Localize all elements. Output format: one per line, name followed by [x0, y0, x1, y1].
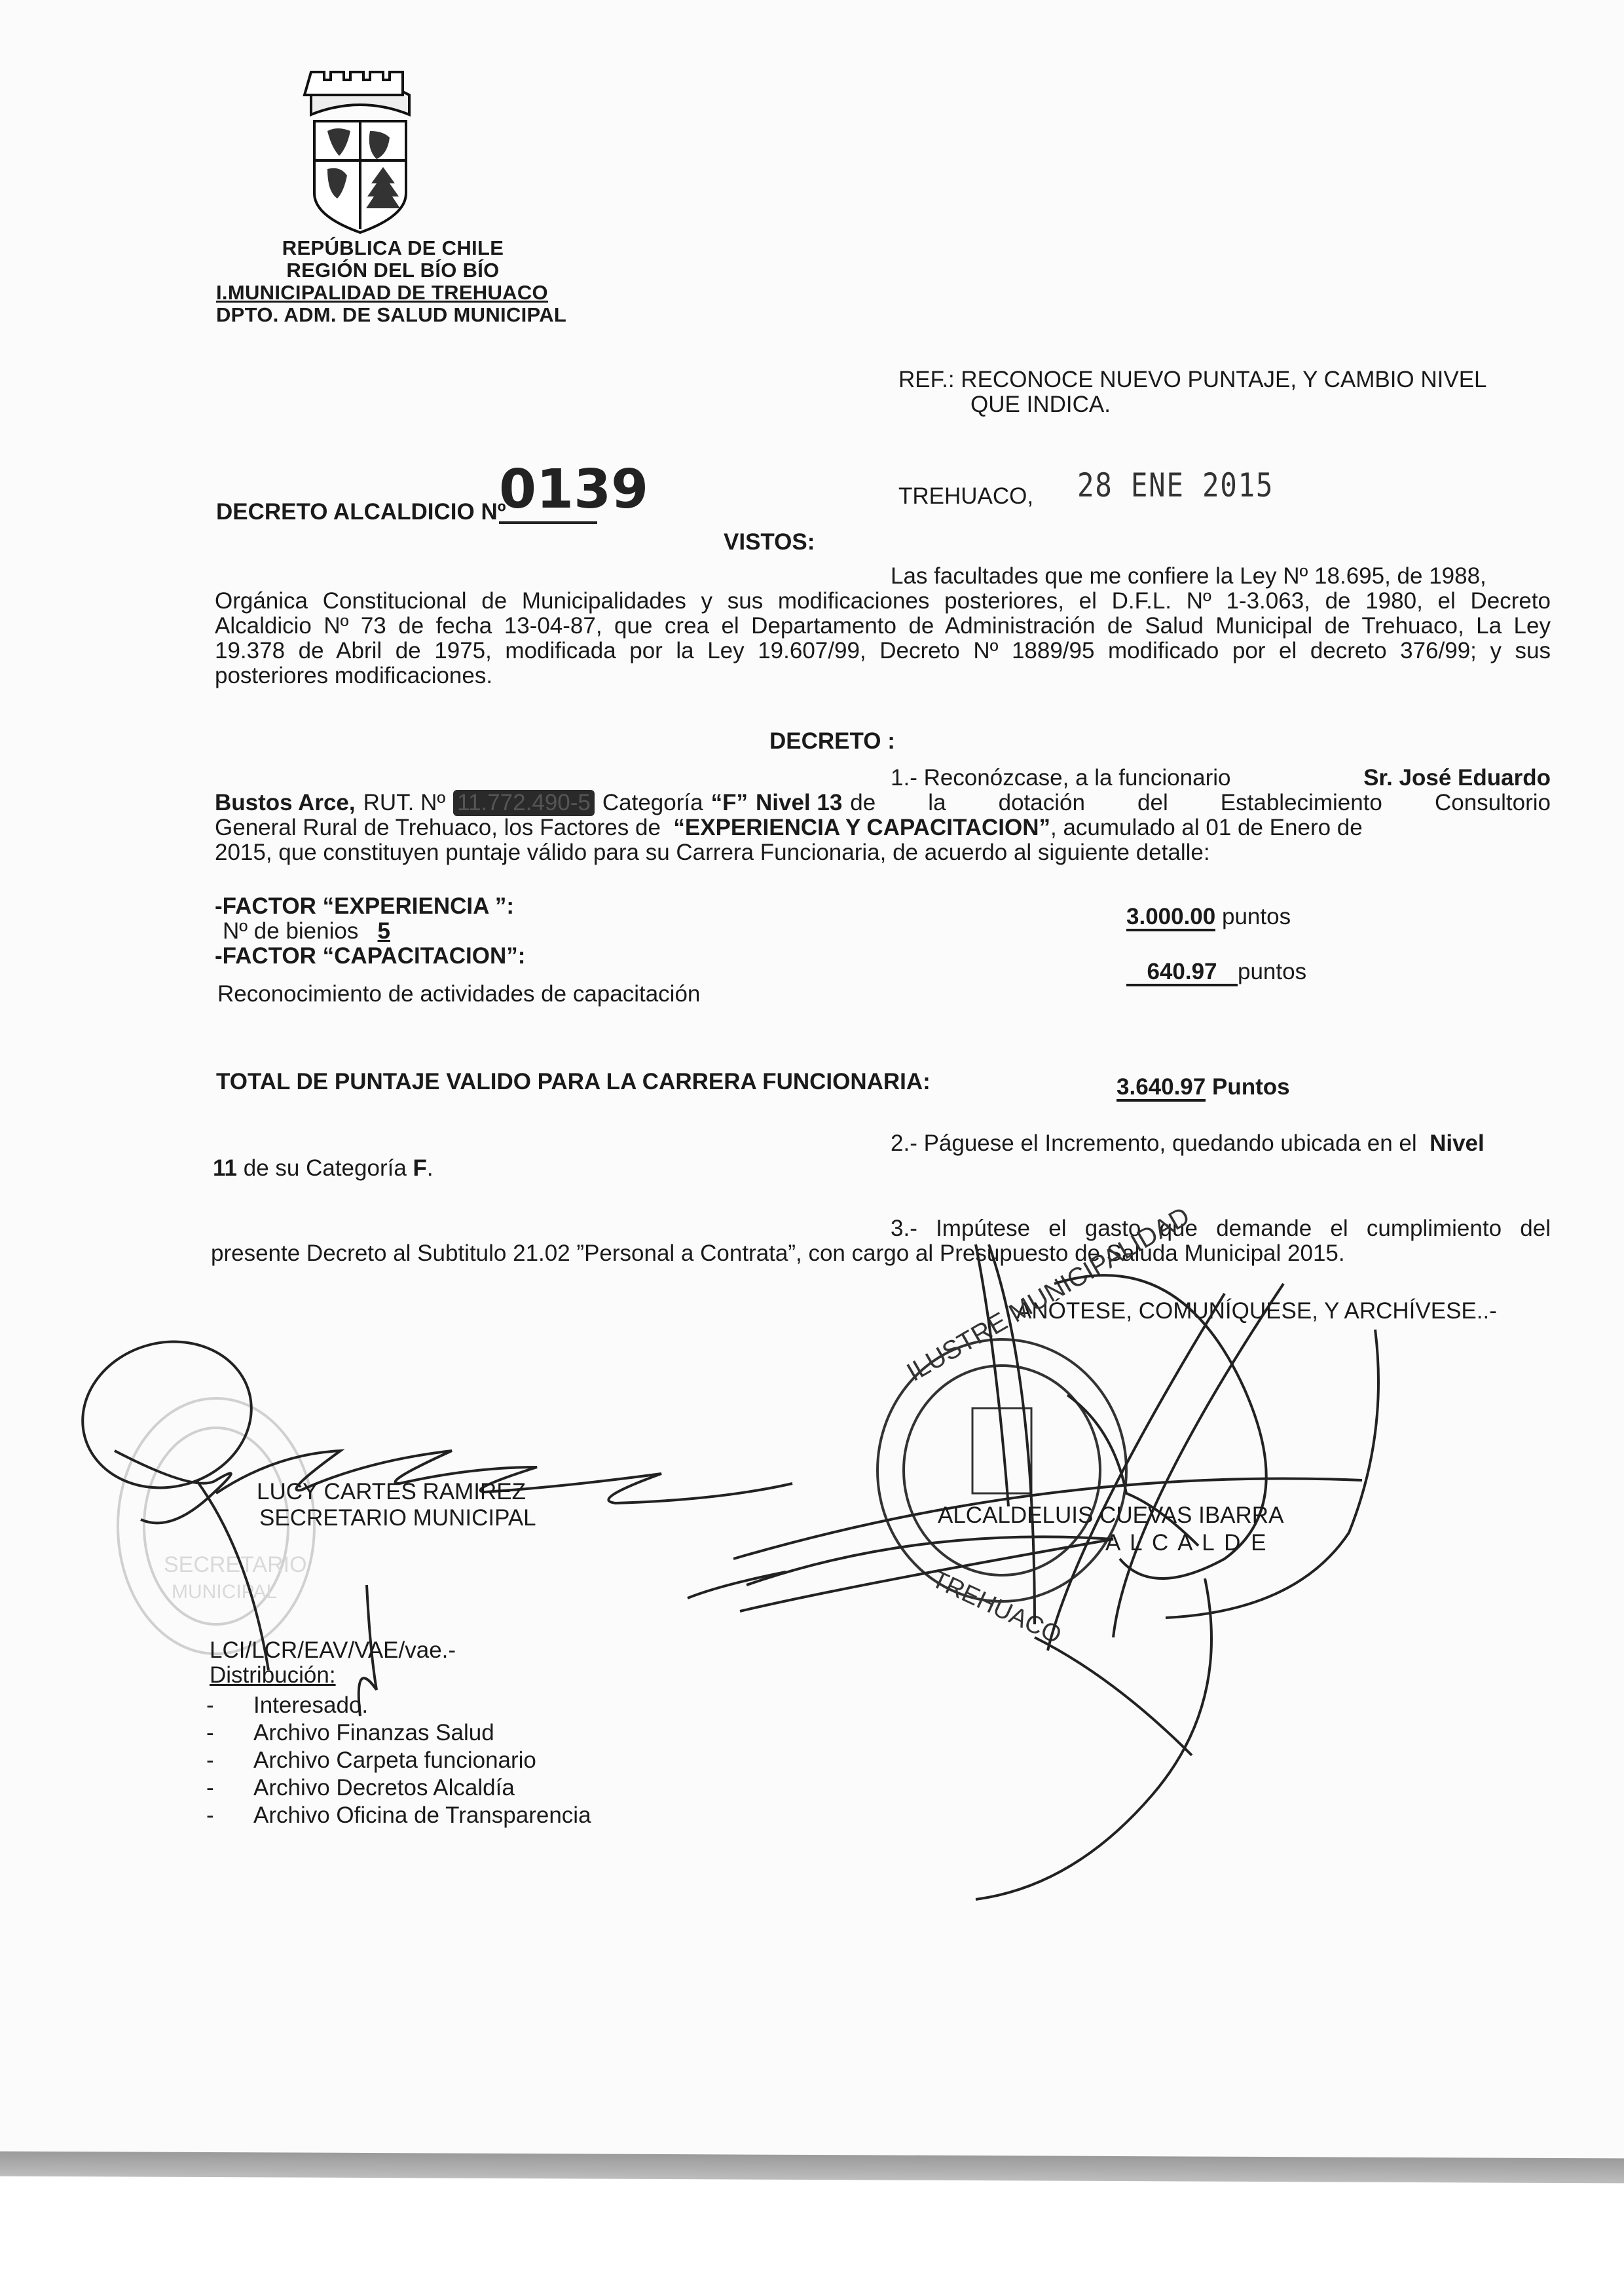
distribution-item-label: Interesado.	[253, 1692, 368, 1720]
decreto-p2-line-1: 2.- Páguese el Incremento, quedando ubic…	[891, 1130, 1485, 1157]
p1-line3-a: General Rural de Trehuaco, los Factores …	[215, 815, 661, 841]
experiencia-points-unit: puntos	[1222, 904, 1291, 929]
p1-name-a: Sr. José Eduardo	[1363, 765, 1551, 791]
p1-line3-bold: “EXPERIENCIA Y CAPACITACION”	[673, 815, 1050, 841]
letterhead-department: DPTO. ADM. DE SALUD MUNICIPAL	[216, 304, 566, 326]
factor-experiencia-sub: Nº de bienios 5	[223, 918, 390, 944]
nivel-value: Nivel 13	[756, 790, 842, 816]
letterhead-municipality: I.MUNICIPALIDAD DE TREHUACO	[216, 282, 548, 304]
decreto-p1-line-3: General Rural de Trehuaco, los Factores …	[215, 815, 1551, 841]
mayor-name: ALCALDELUIS CUEVAS IBARRA	[938, 1502, 1283, 1529]
decreto-p1-line-1: 1.- Reconózcase, a la funcionario Sr. Jo…	[891, 765, 1551, 791]
distribution-item: -Archivo Finanzas Salud	[206, 1720, 591, 1747]
p2-categoria-text: de su Categoría	[244, 1155, 407, 1181]
decree-label: DECRETO ALCALDICIO Nº	[216, 499, 506, 525]
vistos-line-5: posteriores modificaciones.	[215, 663, 492, 689]
p2-period: .	[427, 1155, 434, 1181]
date-stamp: 28 ENE 2015	[1077, 466, 1274, 504]
total-label: TOTAL DE PUNTAJE VALIDO PARA LA CARRERA …	[216, 1069, 931, 1095]
vistos-heading: VISTOS:	[724, 529, 815, 555]
total-points-value: 3.640.97	[1116, 1075, 1206, 1102]
mayor-title: A L C A L D E	[1105, 1530, 1268, 1556]
bullet: -	[206, 1747, 253, 1775]
decreto-heading: DECRETO :	[769, 728, 895, 755]
decreto-p1-line-4: 2015, que constituyen puntaje válido par…	[215, 840, 1210, 866]
categoria-value: “F”	[711, 790, 748, 816]
p1-line3-b: , acumulado al 01 de Enero de	[1050, 815, 1363, 841]
factor-capacitacion-sub: Reconocimiento de actividades de capacit…	[217, 981, 700, 1007]
vistos-line-1: Las facultades que me confiere la Ley Nº…	[891, 563, 1486, 589]
factor-experiencia-points: 3.000.00 puntos	[1126, 904, 1291, 931]
vistos-line-4: 19.378 de Abril de 1975, modificada por …	[215, 638, 1551, 664]
decreto-p3-line-1: 3.- Impútese el gasto que demande el cum…	[891, 1216, 1551, 1242]
letterhead-country: REPÚBLICA DE CHILE	[216, 237, 570, 259]
categoria-label: Categoría	[602, 790, 703, 816]
distribution-list: -Interesado. -Archivo Finanzas Salud -Ar…	[206, 1692, 591, 1830]
decreto-p2-line-2: 11 de su Categoría F.	[213, 1155, 434, 1182]
decreto-p1-line-2: Bustos Arce, RUT. Nº 11.772.490-5 Catego…	[215, 790, 1551, 816]
experiencia-points-value: 3.000.00	[1126, 905, 1215, 931]
vistos-line-3: Alcaldicio Nº 73 de fecha 13-04-87, que …	[215, 613, 1551, 639]
distribution-item-label: Archivo Carpeta funcionario	[253, 1747, 536, 1775]
bullet: -	[206, 1692, 253, 1720]
municipal-crest-icon	[298, 65, 422, 236]
distribution-heading: Distribución:	[210, 1662, 336, 1689]
distribution-item: -Archivo Carpeta funcionario	[206, 1747, 591, 1775]
bullet: -	[206, 1720, 253, 1747]
factor-experiencia-title: -FACTOR “EXPERIENCIA ”:	[215, 893, 514, 920]
total-points: 3.640.97 Puntos	[1116, 1074, 1290, 1102]
distribution-item: -Archivo Oficina de Transparencia	[206, 1802, 591, 1830]
p2-categoria-value: F	[413, 1155, 427, 1181]
capacitacion-points-unit: puntos	[1238, 959, 1306, 984]
distribution-item-label: Archivo Finanzas Salud	[253, 1720, 494, 1747]
reference-line-1: REF.: RECONOCE NUEVO PUNTAJE, Y CAMBIO N…	[898, 367, 1487, 393]
decree-number: 0139	[499, 458, 597, 524]
bullet: -	[206, 1775, 253, 1802]
capacitacion-points-value: 640.97	[1126, 960, 1238, 986]
p1-name-b: Bustos Arce,	[215, 790, 356, 816]
secretary-title: SECRETARIO MUNICIPAL	[259, 1505, 536, 1531]
letterhead-region: REGIÓN DEL BÍO BÍO	[216, 259, 570, 282]
bienios-value: 5	[378, 918, 390, 944]
closing-formula: ANÓTESE, COMUNÍQUESE, Y ARCHÍVESE..-	[1016, 1298, 1497, 1324]
bullet: -	[206, 1802, 253, 1830]
total-points-unit: Puntos	[1212, 1074, 1290, 1100]
place-label: TREHUACO,	[898, 483, 1033, 510]
distribution-item-label: Archivo Decretos Alcaldía	[253, 1775, 515, 1802]
p2-nivel: Nivel	[1430, 1130, 1485, 1156]
p1-line2-rest: de la dotación del Establecimiento Consu…	[850, 790, 1551, 816]
factor-capacitacion-points: 640.97puntos	[1126, 959, 1306, 986]
vistos-line-2: Orgánica Constitucional de Municipalidad…	[215, 588, 1551, 614]
rut-label: RUT. Nº	[363, 790, 446, 816]
distribution-item: -Archivo Decretos Alcaldía	[206, 1775, 591, 1802]
p2-nivel-number: 11	[213, 1155, 237, 1181]
distribution-item: -Interesado.	[206, 1692, 591, 1720]
rut-redacted: 11.772.490-5	[453, 790, 595, 816]
distribution-item-label: Archivo Oficina de Transparencia	[253, 1802, 591, 1830]
p1-lead: 1.- Reconózcase, a la funcionario	[891, 765, 1230, 791]
decreto-p3-line-2: presente Decreto al Subtitulo 21.02 ”Per…	[211, 1241, 1345, 1267]
bienios-label: Nº de bienios	[223, 918, 358, 944]
factor-capacitacion-title: -FACTOR “CAPACITACION”:	[215, 943, 525, 969]
initials: LCI/LCR/EAV/VAE/vae.-	[210, 1637, 456, 1664]
reference-line-2: QUE INDICA.	[970, 392, 1111, 418]
secretary-name: LUCY CARTES RAMIREZ	[257, 1479, 526, 1505]
p2-text: 2.- Páguese el Incremento, quedando ubic…	[891, 1130, 1417, 1156]
